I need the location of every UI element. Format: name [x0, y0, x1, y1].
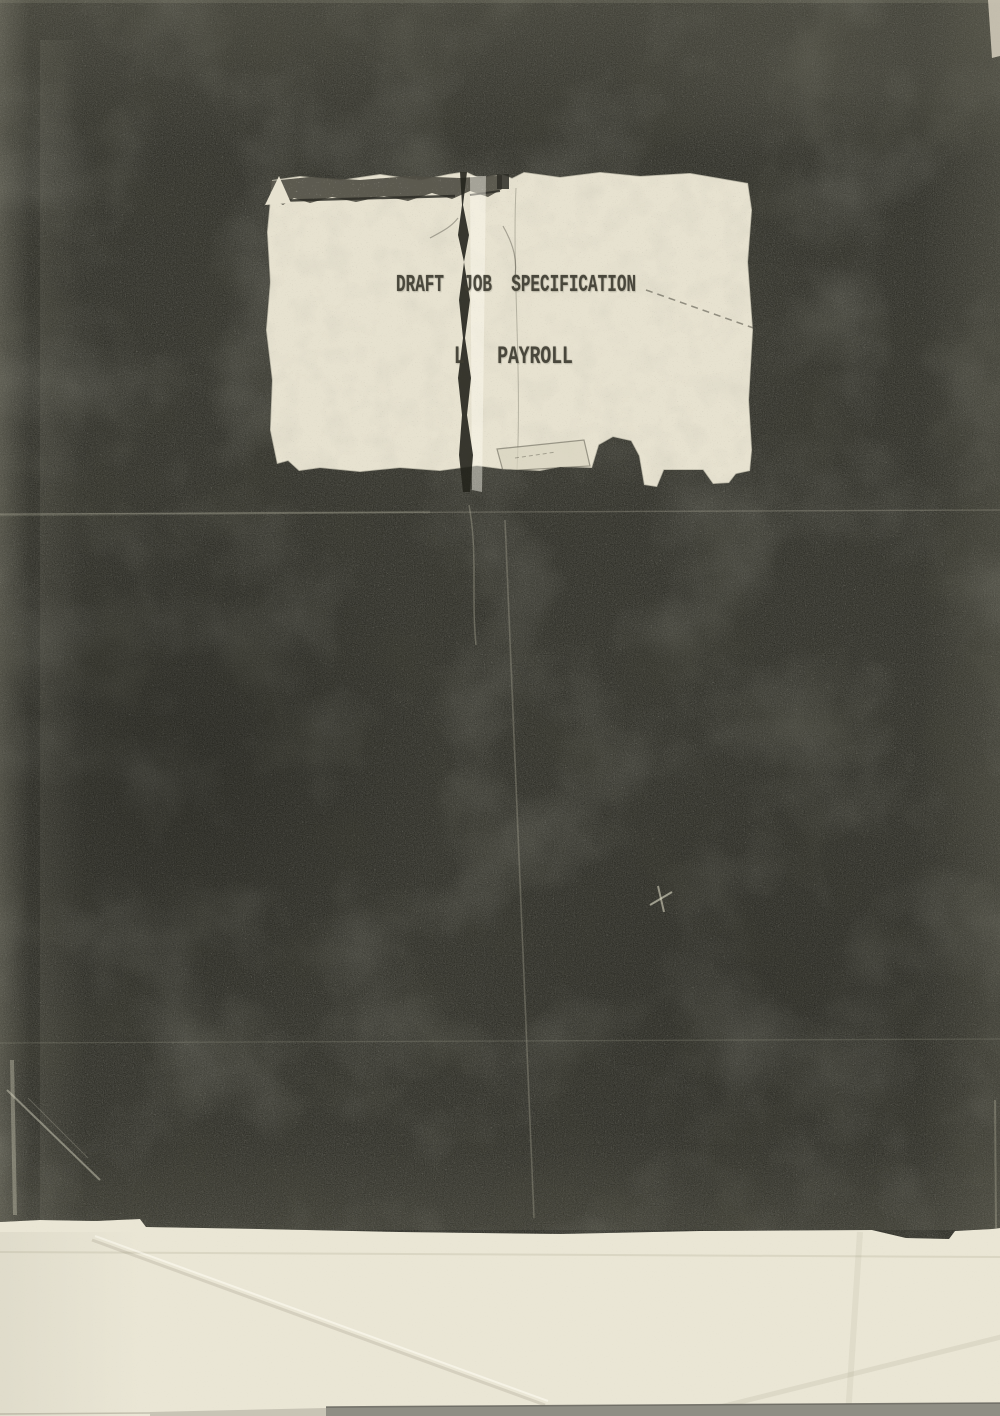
scanned-document-page: DRAFT JOB SPECIFICATION L PAYROLL: [0, 0, 1000, 1416]
bottom-paper-details: [0, 1232, 1000, 1416]
photocopy-scan-artwork: [0, 0, 1000, 1416]
cover-label-paper: [240, 150, 780, 510]
